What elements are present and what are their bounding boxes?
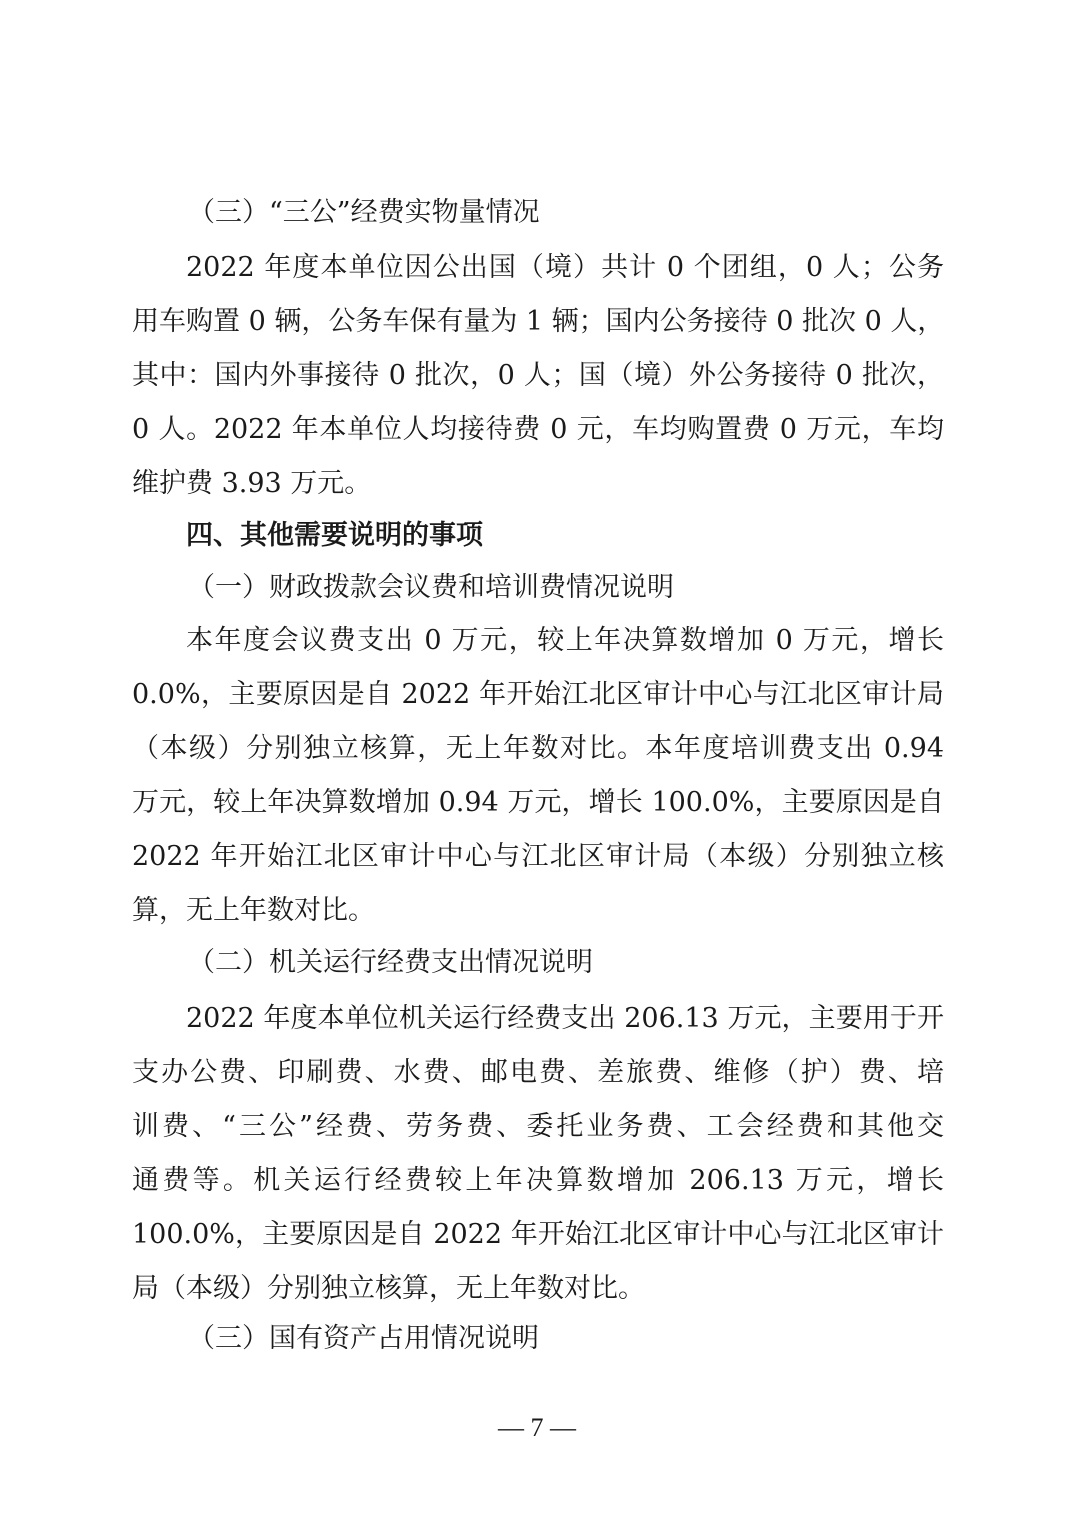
paragraph-line: 万元，较上年决算数增加 0.94 万元，增长 100.0%，主要原因是自 xyxy=(132,783,944,823)
paragraph-line: 2022 年度本单位机关运行经费支出 206.13 万元，主要用于开 xyxy=(186,999,944,1039)
subsection-title-meeting-training: （一）财政拨款会议费和培训费情况说明 xyxy=(188,568,674,608)
subsection-title-state-assets: （三）国有资产占用情况说明 xyxy=(188,1319,539,1359)
paragraph-line: 2022 年度本单位因公出国（境）共计 0 个团组，0 人；公务 xyxy=(186,248,944,288)
paragraph-line: 训费、“三公”经费、劳务费、委托业务费、工会经费和其他交 xyxy=(132,1107,944,1147)
paragraph-line: 维护费 3.93 万元。 xyxy=(132,464,944,504)
paragraph-line: 100.0%，主要原因是自 2022 年开始江北区审计中心与江北区审计 xyxy=(132,1215,944,1255)
subsection-title-operating-expenses: （二）机关运行经费支出情况说明 xyxy=(188,943,593,983)
paragraph-line: 其中：国内外事接待 0 批次，0 人；国（境）外公务接待 0 批次， xyxy=(132,356,944,396)
paragraph-line: 算，无上年数对比。 xyxy=(132,891,944,931)
paragraph-line: 通费等。机关运行经费较上年决算数增加 206.13 万元，增长 xyxy=(132,1161,944,1201)
paragraph-line: 局（本级）分别独立核算，无上年数对比。 xyxy=(132,1269,944,1309)
paragraph-line: 0.0%，主要原因是自 2022 年开始江北区审计中心与江北区审计局 xyxy=(132,675,944,715)
paragraph-line: 用车购置 0 辆，公务车保有量为 1 辆；国内公务接待 0 批次 0 人， xyxy=(132,302,944,342)
paragraph-line: 0 人。2022 年本单位人均接待费 0 元，车均购置费 0 万元，车均 xyxy=(132,410,944,450)
document-page: （三）“三公”经费实物量情况 2022 年度本单位因公出国（境）共计 0 个团组… xyxy=(0,0,1074,1520)
paragraph-line: 2022 年开始江北区审计中心与江北区审计局（本级）分别独立核 xyxy=(132,837,944,877)
paragraph-line: 支办公费、印刷费、水费、邮电费、差旅费、维修（护）费、培 xyxy=(132,1053,944,1093)
section-heading-other-matters: 四、其他需要说明的事项 xyxy=(186,516,483,556)
paragraph-line: 本年度会议费支出 0 万元，较上年决算数增加 0 万元，增长 xyxy=(186,621,944,661)
subsection-title-sangong-physical: （三）“三公”经费实物量情况 xyxy=(188,193,540,233)
page-number: — 7 — xyxy=(0,1408,1074,1448)
paragraph-line: （本级）分别独立核算，无上年数对比。本年度培训费支出 0.94 xyxy=(132,729,944,769)
